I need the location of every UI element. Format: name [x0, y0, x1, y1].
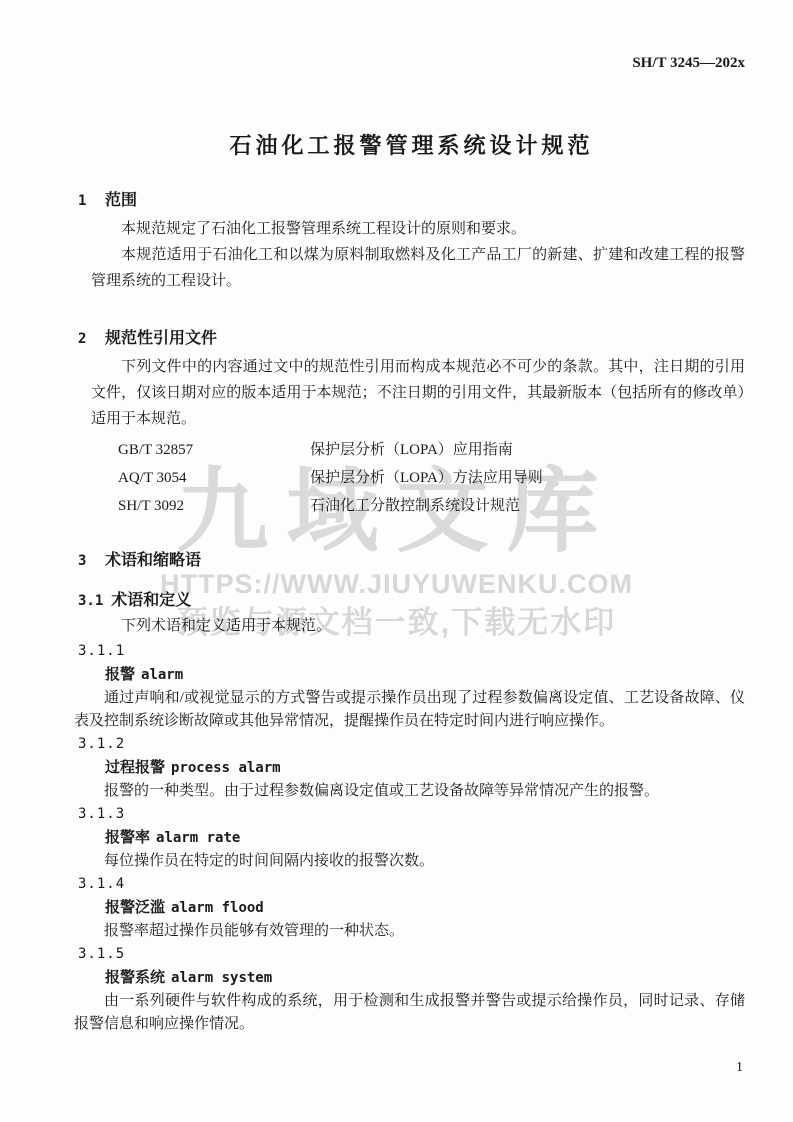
clause-3-title: 术语和缩略语 — [105, 550, 201, 572]
clause-1-number: 1 — [78, 190, 105, 212]
term-name-en: process alarm — [171, 760, 281, 776]
term-number: 3.1.4 — [78, 873, 745, 896]
term-definition: 通过声响和/或视觉显示的方式警告或提示操作员出现了过程参数偏离设定值、工艺设备故… — [74, 687, 745, 733]
term-name-zh: 报警 — [105, 666, 135, 683]
term-definition: 每位操作员在特定的时间间隔内接收的报警次数。 — [74, 850, 745, 873]
clause-2-title: 规范性引用文件 — [105, 328, 217, 350]
term-name-en: alarm system — [171, 970, 272, 986]
doc-title: 石油化工报警管理系统设计规范 — [78, 130, 745, 162]
clause-2-heading: 2 规范性引用文件 — [78, 328, 745, 350]
term-number: 3.1.5 — [78, 943, 745, 966]
clause-3-1-intro: 下列术语和定义适用于本规范。 — [91, 615, 745, 638]
term-name-en: alarm rate — [156, 830, 240, 846]
reference-title: 保护层分析（LOPA）应用指南 — [310, 436, 745, 464]
term-number: 3.1.3 — [78, 803, 745, 826]
reference-title: 石油化工分散控制系统设计规范 — [310, 492, 745, 520]
term-block: 3.1.5 报警系统alarm system 由一系列硬件与软件构成的系统，用于… — [78, 943, 745, 1036]
clause-3-1-heading: 3.1 术语和定义 — [78, 590, 745, 612]
term-name: 报警alarm — [105, 663, 745, 687]
clause-3-1-number: 3.1 — [78, 590, 103, 612]
term-number: 3.1.2 — [78, 733, 745, 756]
clause-1-paragraph: 本规范适用于石油化工和以煤为原料制取燃料及化工产品工厂的新建、扩建和改建工程的报… — [91, 242, 745, 294]
term-block: 3.1.4 报警泛滥alarm flood 报警率超过操作员能够有效管理的一种状… — [78, 873, 745, 943]
term-name-zh: 报警系统 — [105, 969, 165, 986]
reference-code: AQ/T 3054 — [118, 464, 310, 492]
clause-1-heading: 1 范围 — [78, 190, 745, 212]
term-name: 报警泛滥alarm flood — [105, 896, 745, 920]
term-number: 3.1.1 — [78, 640, 745, 663]
term-name: 报警率alarm rate — [105, 826, 745, 850]
clause-1-title: 范围 — [105, 190, 137, 212]
term-name-zh: 报警率 — [105, 829, 150, 846]
term-name: 过程报警process alarm — [105, 756, 745, 780]
clause-3-heading: 3 术语和缩略语 — [78, 550, 745, 572]
terms-section: 3.1.1 报警alarm 通过声响和/或视觉显示的方式警告或提示操作员出现了过… — [78, 640, 745, 1036]
page-content: SH/T 3245—202x 石油化工报警管理系统设计规范 1 范围 本规范规定… — [0, 0, 793, 1036]
clause-3-number: 3 — [78, 550, 105, 572]
term-name-zh: 报警泛滥 — [105, 899, 165, 916]
reference-row: AQ/T 3054 保护层分析（LOPA）方法应用导则 — [118, 464, 745, 492]
reference-row: GB/T 32857 保护层分析（LOPA）应用指南 — [118, 436, 745, 464]
reference-code: SH/T 3092 — [118, 492, 310, 520]
term-name-en: alarm flood — [171, 900, 264, 916]
document-page: 九域文库 HTTPS://WWW.JIUYUWENKU.COM 预览与源文档一致… — [0, 0, 793, 1122]
term-definition: 由一系列硬件与软件构成的系统，用于检测和生成报警并警告或提示给操作员，同时记录、… — [74, 990, 745, 1036]
term-name-zh: 过程报警 — [105, 759, 165, 776]
term-definition: 报警的一种类型。由于过程参数偏离设定值或工艺设备故障等异常情况产生的报警。 — [74, 780, 745, 803]
clause-1-paragraph: 本规范规定了石油化工报警管理系统工程设计的原则和要求。 — [91, 216, 745, 242]
clause-2-intro: 下列文件中的内容通过文中的规范性引用而构成本规范必不可少的条款。其中，注日期的引… — [91, 354, 745, 432]
term-definition: 报警率超过操作员能够有效管理的一种状态。 — [74, 920, 745, 943]
clause-3-1-title: 术语和定义 — [111, 590, 191, 612]
reference-title: 保护层分析（LOPA）方法应用导则 — [310, 464, 745, 492]
term-block: 3.1.1 报警alarm 通过声响和/或视觉显示的方式警告或提示操作员出现了过… — [78, 640, 745, 733]
term-name-en: alarm — [141, 667, 183, 683]
reference-code: GB/T 32857 — [118, 436, 310, 464]
clause-2-number: 2 — [78, 328, 105, 350]
term-block: 3.1.3 报警率alarm rate 每位操作员在特定的时间间隔内接收的报警次… — [78, 803, 745, 873]
references-list: GB/T 32857 保护层分析（LOPA）应用指南 AQ/T 3054 保护层… — [118, 436, 745, 520]
term-block: 3.1.2 过程报警process alarm 报警的一种类型。由于过程参数偏离… — [78, 733, 745, 803]
doc-code: SH/T 3245—202x — [78, 54, 745, 72]
term-name: 报警系统alarm system — [105, 966, 745, 990]
page-number: 1 — [736, 1058, 743, 1078]
reference-row: SH/T 3092 石油化工分散控制系统设计规范 — [118, 492, 745, 520]
